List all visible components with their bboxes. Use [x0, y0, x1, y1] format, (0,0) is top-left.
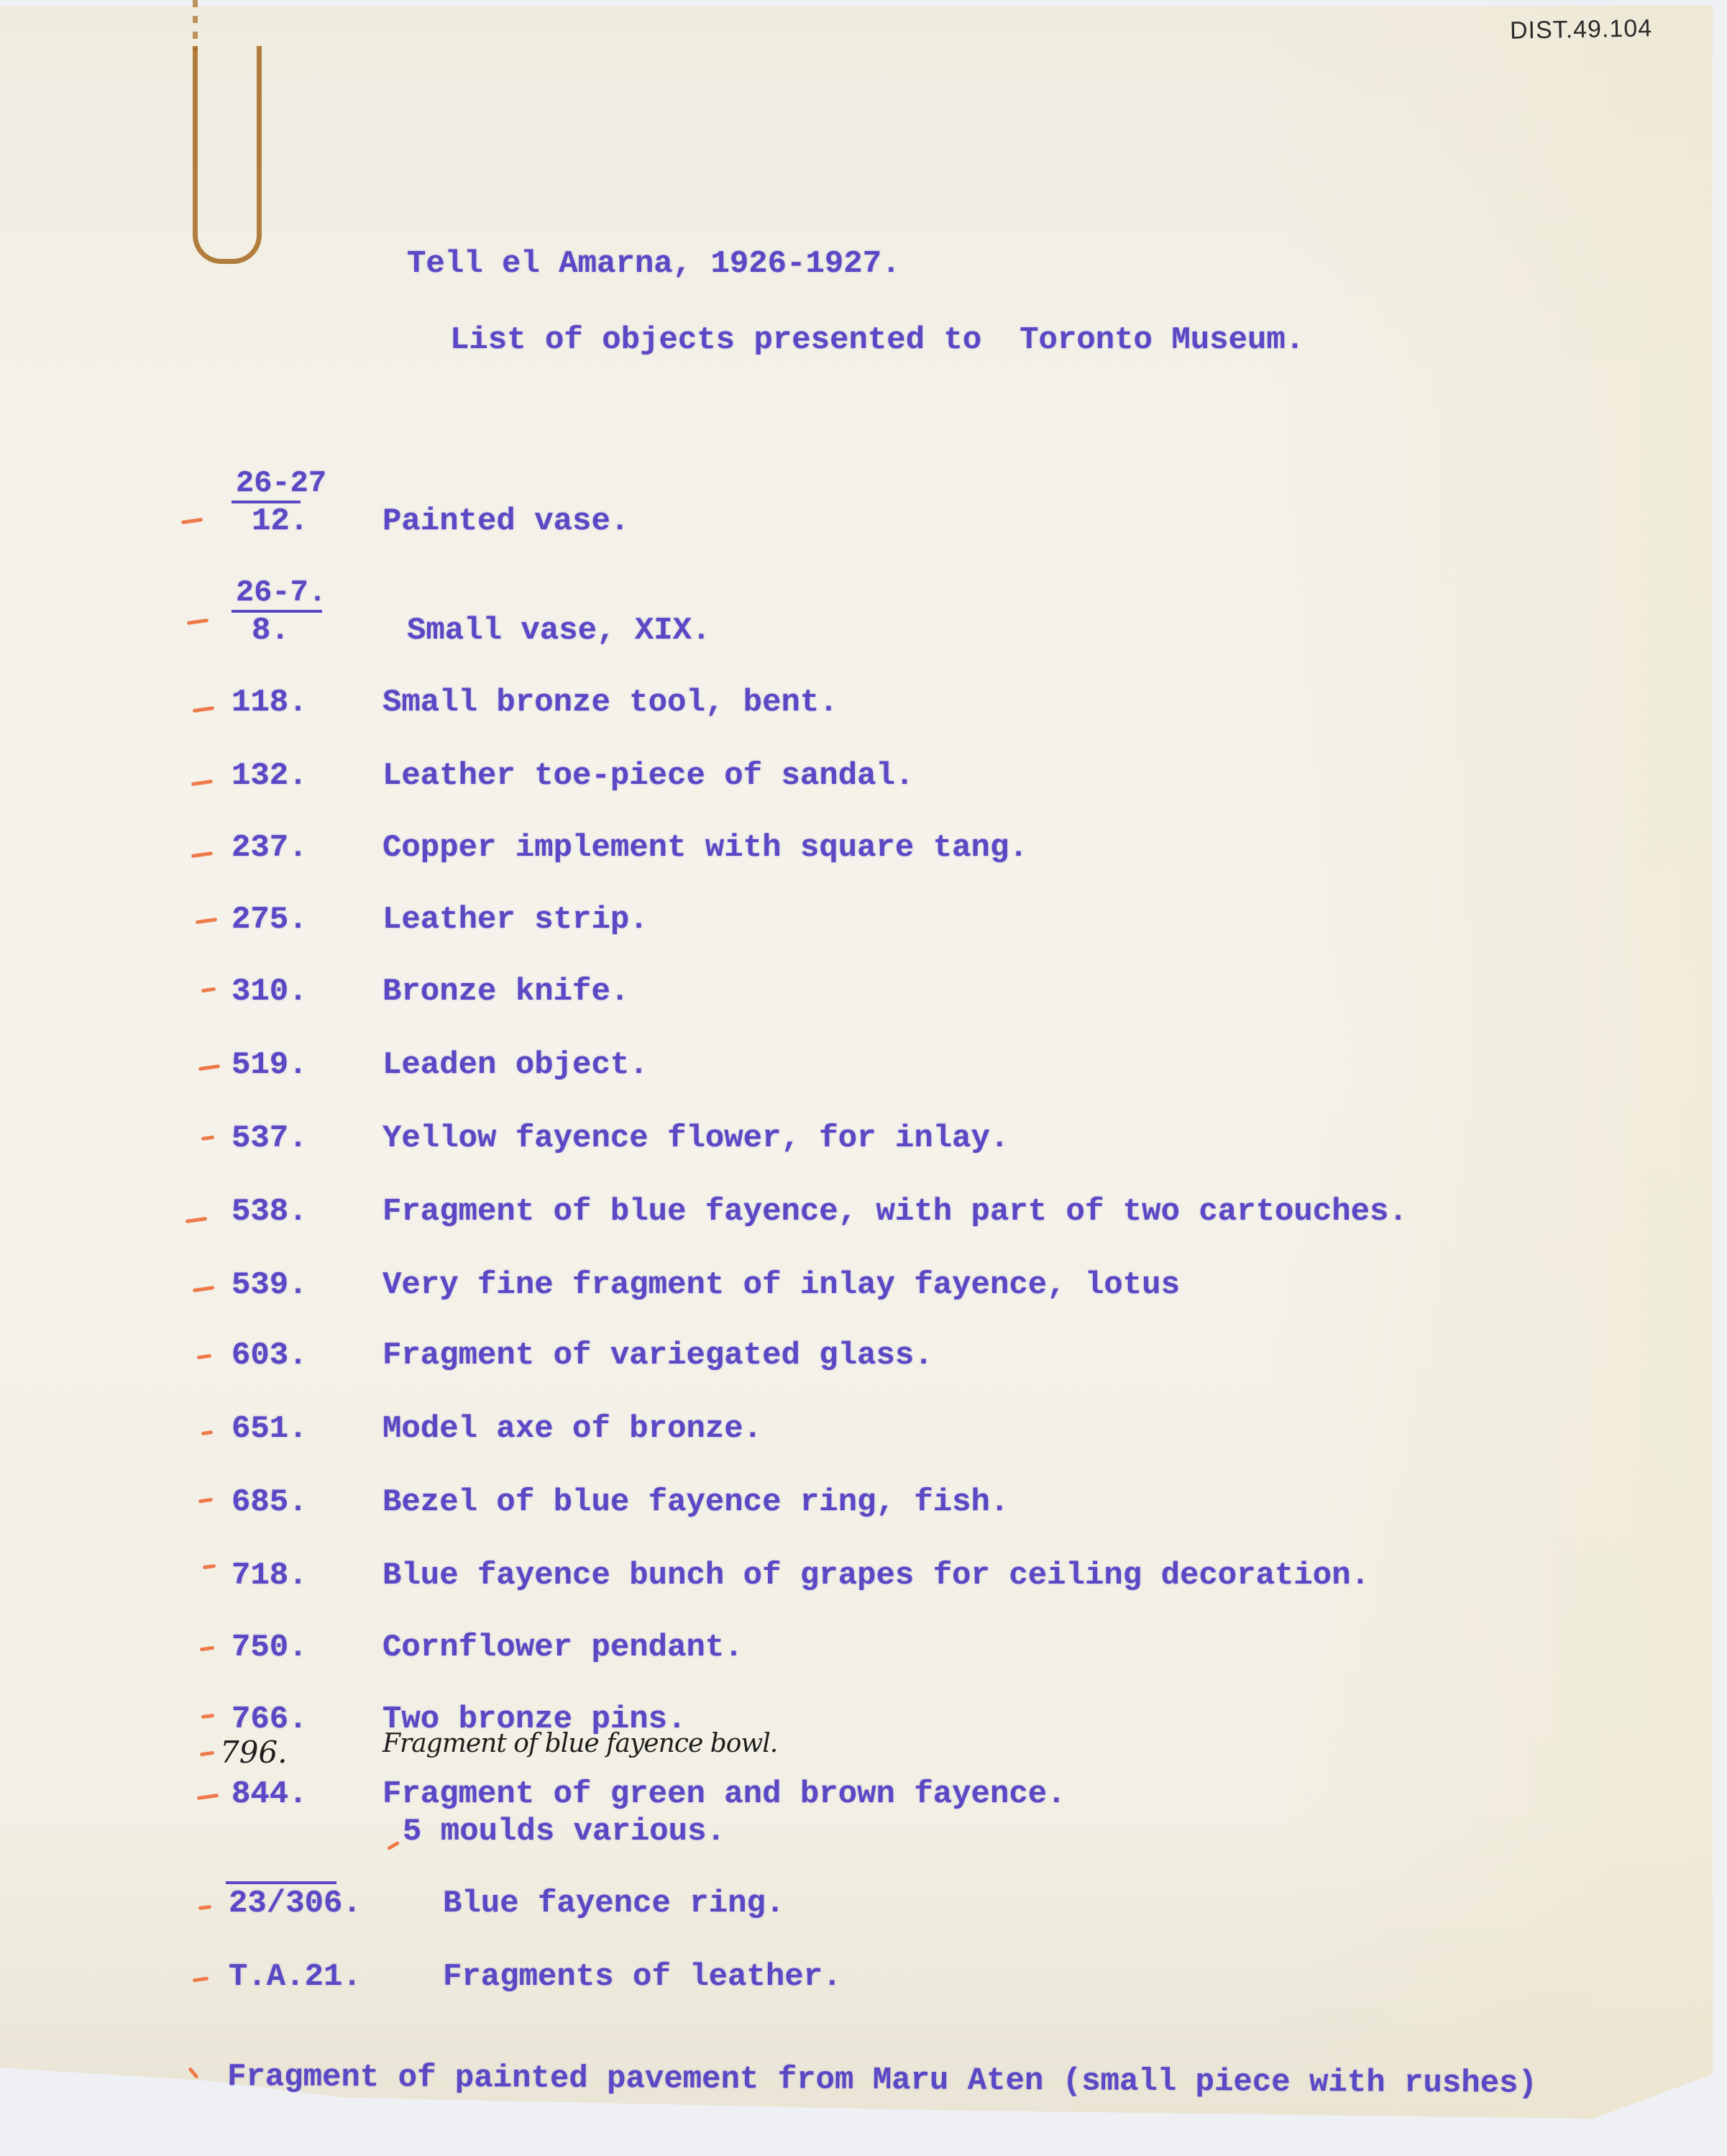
item-description: Copper implement with square tang. — [382, 830, 1028, 866]
staple-rust-mark — [193, 0, 198, 50]
item-number: 12. — [252, 503, 308, 539]
item-number: 750. — [232, 1630, 308, 1666]
item-number: 651. — [232, 1411, 308, 1447]
item-number: 538. — [232, 1194, 308, 1230]
item-number: 237. — [232, 830, 308, 866]
footer-item: Fragment of painted pavement from Maru A… — [227, 2059, 1537, 2102]
item-prefix: 26-27 — [236, 466, 326, 501]
item-description: Cornflower pendant. — [382, 1630, 743, 1666]
item-description: Fragments of leather. — [443, 1959, 842, 1995]
item-number: 519. — [232, 1047, 308, 1083]
item-number: 118. — [232, 685, 308, 721]
item-number: 8. — [252, 613, 290, 649]
item-description: Very fine fragment of inlay fayence, lot… — [382, 1267, 1180, 1303]
item-number: 539. — [232, 1267, 308, 1303]
item-description: Leather strip. — [382, 902, 649, 938]
item-description: Bezel of blue fayence ring, fish. — [382, 1484, 1009, 1520]
item-number: 132. — [232, 758, 308, 794]
item-number: 310. — [232, 974, 308, 1010]
item-description: Fragment of blue fayence, with part of t… — [382, 1194, 1408, 1230]
item-description: Painted vase. — [382, 503, 629, 539]
item-prefix: 26-7. — [236, 575, 326, 610]
item-number: 275. — [232, 902, 308, 938]
item-number: 23/306. — [229, 1886, 362, 1922]
item-number: 537. — [232, 1120, 308, 1156]
item-description: 5 moulds various. — [403, 1814, 725, 1850]
item-number: 766. — [232, 1701, 308, 1737]
item-description: Small vase, XIX. — [407, 613, 710, 649]
item-description: Yellow fayence flower, for inlay. — [382, 1120, 1009, 1156]
item-number: 603. — [232, 1338, 308, 1374]
item-description: Blue fayence ring. — [443, 1886, 784, 1922]
accession-number: DIST.49.104 — [1510, 14, 1653, 45]
document-title: Tell el Amarna, 1926-1927. — [407, 246, 901, 282]
item-description: Model axe of bronze. — [382, 1411, 762, 1447]
item-description: Fragment of green and brown fayence. — [382, 1776, 1066, 1812]
item-description: Small bronze tool, bent. — [382, 685, 838, 721]
staple-rust-mark — [193, 46, 262, 264]
item-description: Fragment of variegated glass. — [382, 1338, 933, 1374]
item-number: 718. — [232, 1558, 308, 1594]
item-description: Leaden object. — [382, 1047, 649, 1083]
overline — [226, 1881, 336, 1884]
item-description-handwritten: Fragment of blue fayence bowl. — [382, 1729, 777, 1758]
item-description: Bronze knife. — [382, 974, 629, 1010]
item-number-handwritten: 796. — [220, 1735, 288, 1770]
item-description: Blue fayence bunch of grapes for ceiling… — [382, 1558, 1370, 1594]
item-description: Leather toe-piece of sandal. — [382, 758, 914, 794]
item-number: 844. — [232, 1776, 308, 1812]
item-number: T.A.21. — [229, 1959, 362, 1995]
item-number: 685. — [232, 1484, 308, 1520]
document-subtitle: List of objects presented to Toronto Mus… — [450, 322, 1304, 358]
